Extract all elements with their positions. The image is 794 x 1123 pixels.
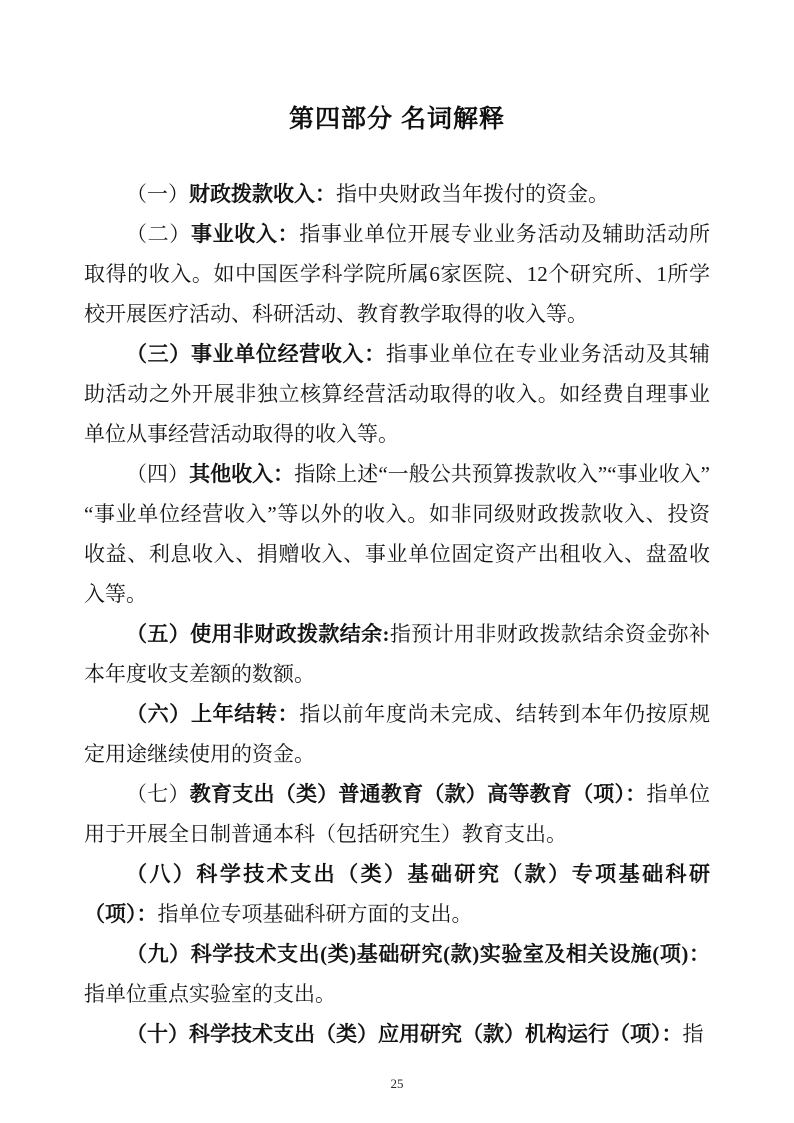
definition-paragraph: （三）事业单位经营收入：指事业单位在专业业务活动及其辅助活动之外开展非独立核算经… (84, 334, 710, 454)
term-label: 其他收入： (189, 462, 294, 486)
item-number: （三） (126, 342, 191, 366)
term-label: 教育支出（类）普通教育（款）高等教育（项）： (190, 782, 647, 806)
term-label: 科学技术支出（类）应用研究（款）机构运行（项）： (189, 1022, 683, 1046)
item-number: （五） (126, 622, 190, 646)
definition-paragraph: （六）上年结转：指以前年度尚未完成、结转到本年仍按原规定用途继续使用的资金。 (84, 694, 710, 774)
term-label: 财政拨款收入： (189, 182, 336, 206)
term-definition: 指单位专项基础科研方面的支出。 (158, 902, 473, 926)
term-definition: 指中央财政当年拨付的资金。 (336, 182, 609, 206)
definition-paragraph: （十）科学技术支出（类）应用研究（款）机构运行（项）：指 (84, 1014, 710, 1054)
term-label: 事业单位经营收入： (191, 342, 386, 366)
definition-paragraph: （八）科学技术支出（类）基础研究（款）专项基础科研（项）：指单位专项基础科研方面… (84, 854, 710, 934)
definition-paragraph: （二）事业收入：指事业单位开展专业业务活动及辅助活动所取得的收入。如中国医学科学… (84, 214, 710, 334)
item-number: （六） (126, 702, 191, 726)
item-number: （一） (126, 182, 189, 206)
term-label: 上年结转： (191, 702, 299, 726)
item-number: （二） (126, 222, 191, 246)
item-number: （九） (126, 942, 191, 966)
document-page: 第四部分 名词解释 （一）财政拨款收入：指中央财政当年拨付的资金。 （二）事业收… (0, 0, 794, 1123)
definition-paragraph: （七）教育支出（类）普通教育（款）高等教育（项）：指单位用于开展全日制普通本科（… (84, 774, 710, 854)
term-definition: 指单位重点实验室的支出。 (84, 982, 336, 1006)
definition-paragraph: （一）财政拨款收入：指中央财政当年拨付的资金。 (84, 174, 710, 214)
definition-paragraph: （九）科学技术支出(类)基础研究(款)实验室及相关设施(项)：指单位重点实验室的… (84, 934, 710, 1014)
term-label: 使用非财政拨款结余: (190, 622, 389, 646)
item-number: （四） (126, 462, 189, 486)
term-definition: 指 (683, 1022, 704, 1046)
term-label: 事业收入： (191, 222, 299, 246)
item-number: （八） (126, 862, 196, 886)
term-label: 科学技术支出(类)基础研究(款)实验室及相关设施(项)： (191, 942, 710, 966)
definition-paragraph: （四）其他收入：指除上述“一般公共预算拨款收入”“事业收入”“事业单位经营收入”… (84, 454, 710, 614)
item-number: （十） (126, 1022, 189, 1046)
definition-paragraph: （五）使用非财政拨款结余:指预计用非财政拨款结余资金弥补本年度收支差额的数额。 (84, 614, 710, 694)
page-number: 25 (84, 1076, 710, 1092)
item-number: （七） (126, 782, 190, 806)
page-title: 第四部分 名词解释 (84, 102, 710, 136)
